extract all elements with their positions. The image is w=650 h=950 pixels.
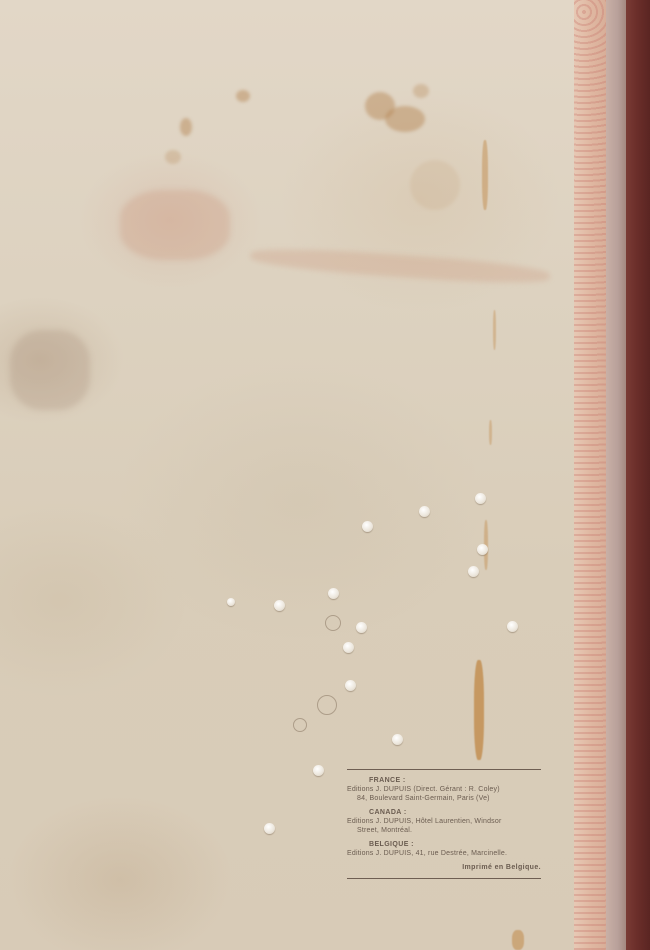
scuff-ring [293, 718, 307, 732]
france-line-1: Editions J. DUPUIS (Direct. Gérant : R. … [347, 785, 541, 794]
book-spine [626, 0, 650, 950]
top-rule [347, 769, 541, 770]
stain-drip [474, 660, 484, 760]
stain-streak [10, 330, 90, 410]
raised-dot [468, 566, 479, 577]
stain-drip [489, 420, 492, 445]
stain-spot [236, 90, 250, 102]
stain-spot [180, 118, 192, 136]
france-line-2: 84, Boulevard Saint-Germain, Paris (Ve) [347, 794, 541, 803]
stain-drip [512, 930, 524, 950]
canada-line-1: Editions J. DUPUIS, Hôtel Laurentien, Wi… [347, 817, 541, 826]
raised-dot [419, 506, 430, 517]
stain-spot [165, 150, 181, 164]
raised-dot [264, 823, 275, 834]
heading-belgique: BELGIQUE : [347, 840, 541, 849]
stain-spot [413, 84, 429, 98]
heading-france: FRANCE : [347, 776, 541, 785]
raised-dot [343, 642, 354, 653]
stain-streak [120, 190, 230, 260]
stain-spot [385, 106, 425, 132]
board-edge [606, 0, 626, 950]
canada-line-2: Street, Montréal. [347, 826, 541, 835]
raised-dot [274, 600, 285, 611]
scuff-ring [325, 615, 341, 631]
belgique-line-1: Editions J. DUPUIS, 41, rue Destrée, Mar… [347, 849, 541, 858]
raised-dot [313, 765, 324, 776]
publisher-imprint: FRANCE : Editions J. DUPUIS (Direct. Gér… [347, 769, 541, 879]
raised-dot [477, 544, 488, 555]
stain-streak [250, 245, 551, 288]
stain-spot [410, 160, 460, 210]
raised-dot [507, 621, 518, 632]
stain-drip [493, 310, 496, 350]
raised-dot [356, 622, 367, 633]
heading-canada: CANADA : [347, 808, 541, 817]
raised-dot [227, 598, 235, 606]
bottom-rule [347, 878, 541, 879]
book-back-cover-photo: FRANCE : Editions J. DUPUIS (Direct. Gér… [0, 0, 650, 950]
raised-dot [475, 493, 486, 504]
printed-in-label: Imprimé en Belgique. [347, 863, 541, 872]
raised-dot [328, 588, 339, 599]
scuff-ring [317, 695, 337, 715]
raised-dot [392, 734, 403, 745]
raised-dot [362, 521, 373, 532]
stain-drip [482, 140, 488, 210]
raised-dot [345, 680, 356, 691]
page-edge [574, 0, 606, 950]
